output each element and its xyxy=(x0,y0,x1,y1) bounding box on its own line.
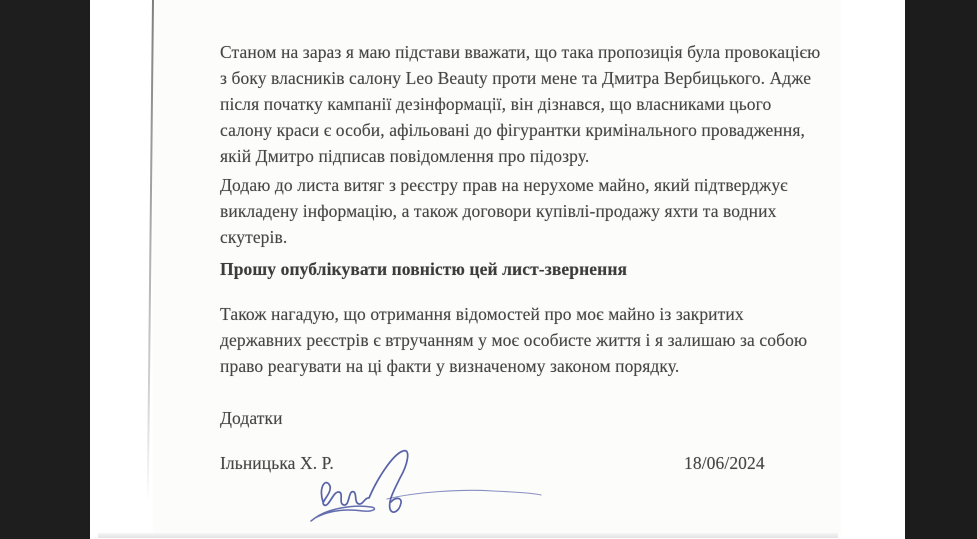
text-line: Станом на зараз я маю підстави вважати, … xyxy=(220,39,820,65)
letter-date: 18/06/2024 xyxy=(684,450,765,476)
attachments-label: Додатки xyxy=(220,405,283,431)
handwritten-signature-icon xyxy=(302,447,554,532)
publish-request-line: Прошу опублікувати повністю цей лист-зве… xyxy=(220,256,627,282)
document-page: Станом на зараз я маю підстави вважати, … xyxy=(90,0,905,539)
text-line: право реагувати на ці факти у визначеном… xyxy=(220,353,807,379)
text-line: Додаю до листа витяг з реєстру прав на н… xyxy=(220,172,788,198)
right-black-bar xyxy=(905,0,977,539)
scan-bottom-edge xyxy=(98,533,838,538)
paragraph-attachments-list: Додаю до листа витяг з реєстру прав на н… xyxy=(220,172,788,250)
text-line: викладену інформацію, а також договори к… xyxy=(220,198,788,224)
paragraph-provocation: Станом на зараз я маю підстави вважати, … xyxy=(220,39,820,169)
left-black-bar xyxy=(0,0,90,539)
text-line: державних реєстрів є втручанням у моє ос… xyxy=(220,327,807,353)
paragraph-privacy-notice: Також нагадую, що отримання відомостей п… xyxy=(220,301,807,379)
scanned-letter-screenshot: Станом на зараз я маю підстави вважати, … xyxy=(0,0,977,539)
text-line: скутерів. xyxy=(220,224,788,250)
text-line: Також нагадую, що отримання відомостей п… xyxy=(220,301,807,327)
text-line: після початку кампанії дезінформації, ві… xyxy=(220,91,820,117)
text-line: салону краси є особи, афільовані до фігу… xyxy=(220,117,820,143)
text-line: якій Дмитро підписав повідомлення про пі… xyxy=(220,143,820,169)
text-line: з боку власників салону Leo Beauty проти… xyxy=(220,65,820,91)
